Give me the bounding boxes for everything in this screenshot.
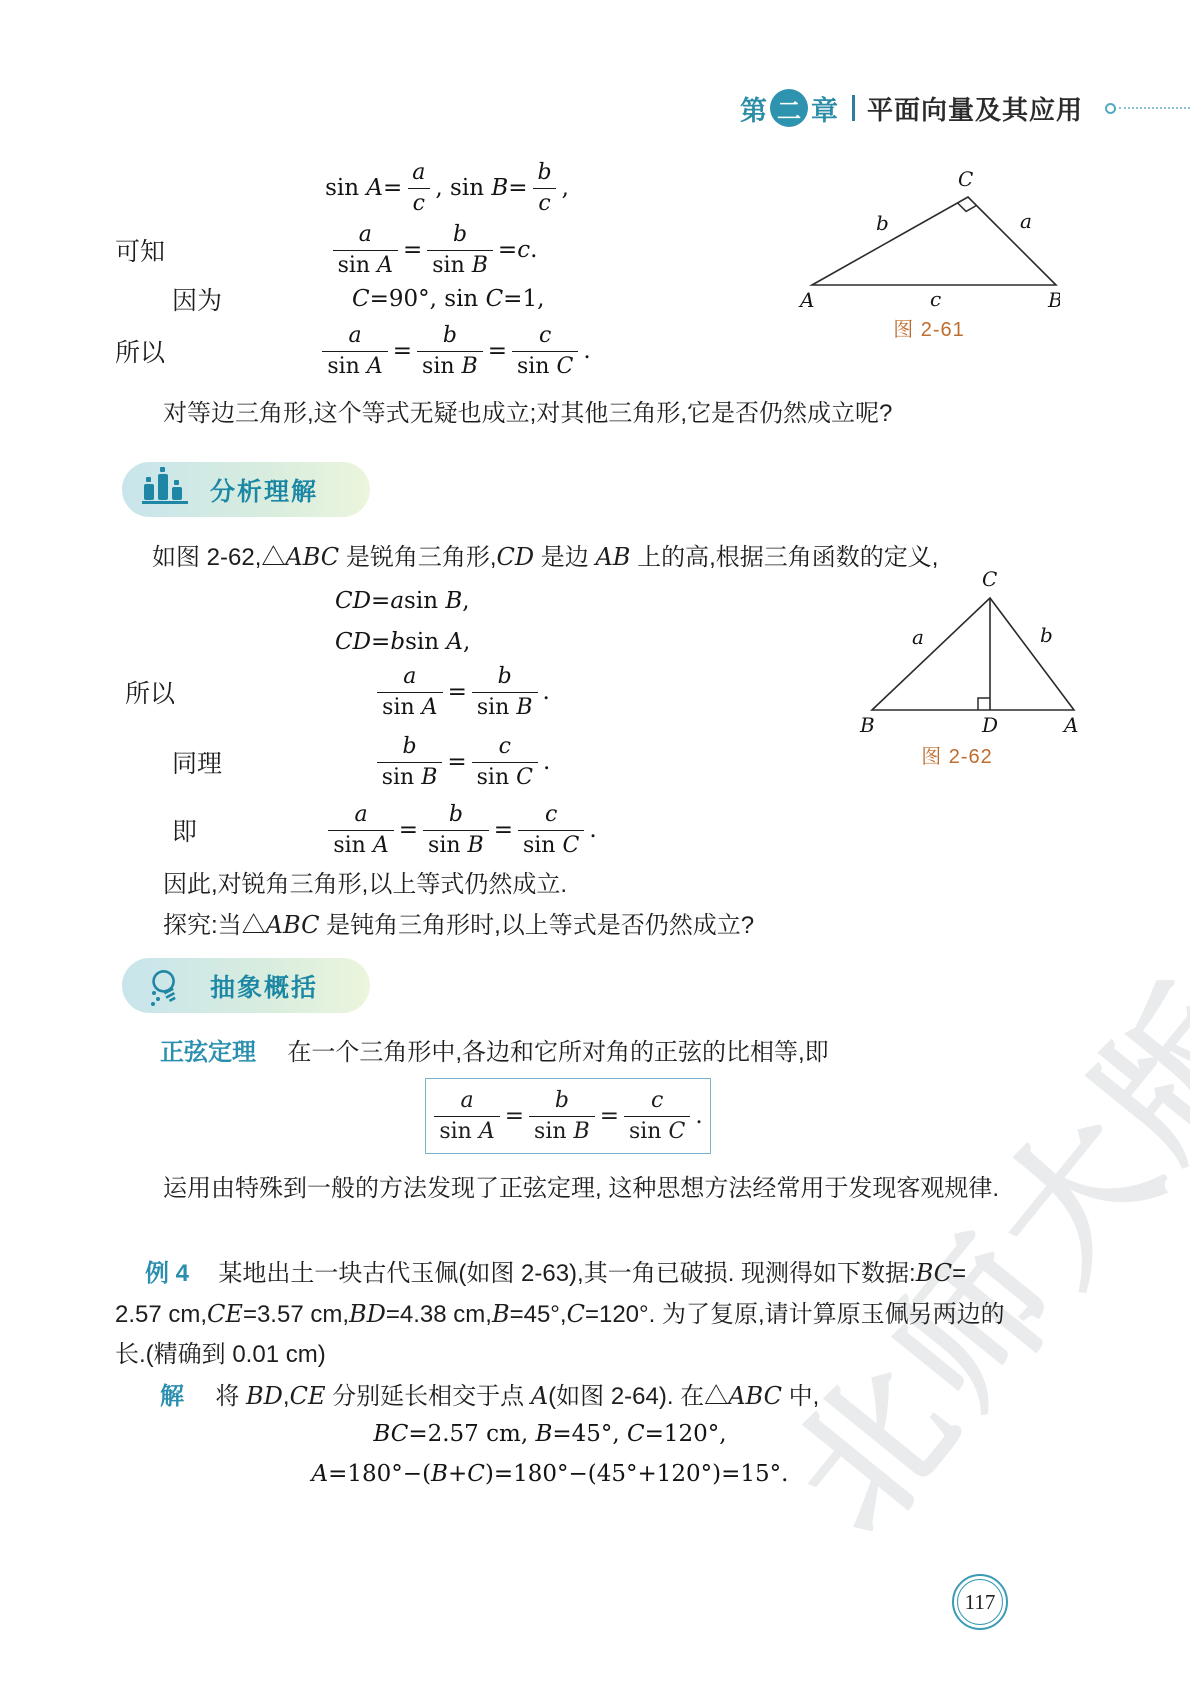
fraction-c-over-sinC: c sin C — [518, 802, 584, 858]
fraction-denominator: sin B — [529, 1116, 595, 1144]
fraction-denominator: sin A — [333, 250, 398, 278]
fraction-numerator: b — [533, 160, 557, 187]
fraction-a-over-sinA: a sin A — [328, 802, 393, 858]
chapter-number-badge: 二 — [770, 89, 808, 127]
equals-sign: = — [494, 817, 513, 843]
math-text: =c. — [498, 237, 537, 263]
fraction-b-over-sinB: b sin B — [427, 222, 493, 278]
equals-sign: = — [393, 338, 412, 364]
period: . — [543, 679, 550, 705]
header-dot-icon — [1105, 103, 1116, 114]
period: . — [583, 338, 590, 364]
fraction-c-over-sinC: c sin C — [472, 734, 538, 790]
triangle-ABC — [872, 598, 1074, 710]
math-text: sin A= — [325, 175, 402, 201]
math-text: , — [562, 175, 569, 201]
page-number-badge: 117 — [952, 1574, 1008, 1630]
vertex-label-C: C — [982, 567, 997, 591]
fraction-c-over-sinC: c sin C — [624, 1088, 690, 1144]
formula-a-b-ratio: a sin A = b sin B . — [368, 662, 558, 722]
section-title: 抽象概括 — [210, 968, 318, 1004]
vertex-label-B: B — [1047, 288, 1060, 310]
chapter-suffix: 章 — [811, 89, 838, 128]
chapter-header: 第 二 章 平面向量及其应用 — [740, 86, 1190, 130]
header-dotted-line — [1119, 107, 1190, 109]
fraction-numerator: a — [354, 222, 377, 249]
formula-sine-rule-chain: a sin A = b sin B = c sin C . — [322, 320, 590, 382]
figure-caption: 图 2-61 — [798, 313, 1060, 342]
section-header-analyze: 分析理解 — [122, 462, 370, 517]
row-label-yinwei: 因为 — [172, 281, 222, 317]
bar-chart-glyph — [142, 470, 194, 504]
math-text: A=180°−(B+C)=180°−(45°+120°)=15°. — [312, 1461, 789, 1487]
fraction-numerator: c — [534, 323, 556, 350]
fraction-numerator: a — [455, 1088, 478, 1115]
formula-angle-A: A=180°−(B+C)=180°−(45°+120°)=15°. — [250, 1456, 850, 1492]
fraction-numerator: a — [398, 664, 421, 691]
paragraph-example4-line1: 例 4 某地出土一块古代玉佩(如图 2-63),其一角已破损. 现测得如下数据:… — [145, 1256, 966, 1292]
chapter-title: 平面向量及其应用 — [867, 90, 1083, 127]
solution-label: 解 — [160, 1383, 184, 1410]
fraction-b-over-sinB: b sin B — [529, 1088, 595, 1144]
page-number: 117 — [957, 1579, 1003, 1625]
formula-ratio-ab-c: a sin A = b sin B =c. — [322, 220, 547, 280]
paragraph-fig2-62-intro: 如图 2-62,△ABC 是锐角三角形,CD 是边 AB 上的高,根据三角函数的… — [152, 540, 938, 576]
row-label-suoyi: 所以 — [125, 674, 175, 710]
paragraph-method: 运用由特殊到一般的方法发现了正弦定理, 这种思想方法经常用于发现客观规律. — [163, 1172, 999, 1207]
period: . — [589, 817, 596, 843]
fraction-denominator: sin C — [624, 1116, 690, 1144]
right-angle-mark — [958, 203, 977, 212]
math-text: BC=2.57 cm, B=45°, C=120°, — [373, 1421, 726, 1447]
fraction-denominator: c — [408, 188, 430, 216]
fraction-numerator: a — [407, 160, 430, 187]
fraction-numerator: b — [397, 734, 421, 761]
example-label: 例 4 — [145, 1260, 189, 1287]
row-label-kezhi: 可知 — [115, 232, 165, 268]
row-label-suoyi: 所以 — [115, 333, 165, 369]
fraction-denominator: sin B — [423, 830, 489, 858]
equals-sign: = — [488, 338, 507, 364]
fraction-numerator: c — [494, 734, 516, 761]
fraction-denominator: sin C — [518, 830, 584, 858]
vertex-label-A: A — [1062, 713, 1078, 737]
theorem-name: 正弦定理 — [160, 1039, 256, 1066]
formula-CD-bsinA: CD=bsin A, — [335, 624, 595, 660]
fraction-c-over-sinC: c sin C — [512, 323, 578, 379]
fraction-numerator: c — [540, 802, 562, 829]
equals-sign: = — [447, 749, 466, 775]
fraction-numerator: b — [550, 1088, 574, 1115]
fraction-numerator: b — [448, 222, 472, 249]
lightbulb-icon — [140, 966, 196, 1006]
fraction-numerator: c — [646, 1088, 668, 1115]
side-label-a: a — [1020, 209, 1032, 233]
fraction-b-over-sinB: b sin B — [377, 734, 443, 790]
formula-row-angleA: A=180°−(B+C)=180°−(45°+120°)=15°. — [0, 1456, 1190, 1492]
triangle-diagram-2-62: C B D A a b — [832, 560, 1082, 738]
sine-theorem-box: a sin A = b sin B = c sin C . — [425, 1078, 711, 1154]
section-header-abstract: 抽象概括 — [122, 958, 370, 1013]
fraction-a-over-sinA: a sin A — [434, 1088, 499, 1144]
header-divider — [852, 95, 855, 121]
row-label-ji: 即 — [172, 812, 197, 848]
fraction-denominator: sin A — [377, 692, 442, 720]
side-label-c: c — [930, 287, 941, 310]
period: . — [543, 749, 550, 775]
figure-2-61: C A B b a c 图 2-61 — [798, 158, 1060, 336]
math-text: CD=bsin A, — [335, 629, 470, 655]
fraction-b-over-c: b c — [533, 160, 557, 216]
math-text: , sin B= — [435, 175, 527, 201]
equals-sign: = — [403, 237, 422, 263]
right-angle-mark — [978, 698, 990, 710]
vertex-label-C: C — [958, 167, 973, 191]
chapter-prefix: 第 — [740, 89, 767, 128]
chapter-number: 二 — [777, 91, 801, 126]
theorem-text: 在一个三角形中,各边和它所对角的正弦的比相等,即 — [287, 1039, 828, 1066]
paragraph-acute-conclusion: 因此,对锐角三角形,以上等式仍然成立. — [163, 868, 567, 903]
equals-sign: = — [600, 1103, 619, 1129]
fraction-denominator: sin B — [377, 762, 443, 790]
math-text: CD=asin B, — [335, 588, 470, 614]
fraction-numerator: b — [444, 802, 468, 829]
paragraph-example4-line3: 长.(精确到 0.01 cm) — [115, 1338, 326, 1373]
vertex-label-A: A — [798, 288, 814, 310]
side-label-b: b — [1040, 623, 1053, 647]
fraction-a-over-sinA: a sin A — [333, 222, 398, 278]
fraction-denominator: sin B — [472, 692, 538, 720]
paragraph-theorem: 正弦定理 在一个三角形中,各边和它所对角的正弦的比相等,即 — [160, 1036, 829, 1071]
fraction-numerator: b — [438, 323, 462, 350]
formula-row-ji: 即 a sin A = b sin B = c sin C . — [0, 799, 1190, 861]
side-label-b: b — [876, 211, 889, 235]
vertex-label-B: B — [859, 713, 875, 737]
fraction-denominator: sin C — [512, 351, 578, 379]
equals-sign: = — [448, 679, 467, 705]
fraction-b-over-sinB: b sin B — [423, 802, 489, 858]
row-label-tongli: 同理 — [172, 744, 222, 780]
vertex-label-D: D — [981, 713, 998, 737]
triangle-diagram-2-61: C A B b a c — [798, 158, 1060, 310]
fraction-denominator: sin A — [322, 351, 387, 379]
equals-sign: = — [399, 817, 418, 843]
section-title: 分析理解 — [210, 472, 318, 508]
fraction-denominator: sin A — [328, 830, 393, 858]
textbook-page: 北师大版 第 二 章 平面向量及其应用 sin A= a c , sin B= … — [0, 0, 1190, 1684]
equals-sign: = — [505, 1103, 524, 1129]
bar-chart-icon — [140, 470, 196, 510]
example-text: 某地出土一块古代玉佩(如图 2-63),其一角已破损. 现测得如下数据:BC= — [218, 1260, 966, 1287]
formula-sinA-sinB: sin A= a c , sin B= b c , — [322, 158, 572, 218]
formula-row-given: BC=2.57 cm, B=45°, C=120°, — [0, 1416, 1190, 1452]
figure-caption: 图 2-62 — [832, 740, 1082, 769]
paragraph-example4-line2: 2.57 cm,CE=3.57 cm,BD=4.38 cm,B=45°,C=12… — [115, 1297, 1005, 1333]
formula-b-c-ratio: b sin B = c sin C . — [368, 732, 558, 792]
formula-CD-asinB: CD=asin B, — [335, 583, 595, 619]
fraction-a-over-sinA: a sin A — [322, 323, 387, 379]
formula-given-values: BC=2.57 cm, B=45°, C=120°, — [300, 1416, 800, 1452]
paragraph-solution: 解 将 BD,CE 分别延长相交于点 A(如图 2-64). 在△ABC 中, — [160, 1379, 819, 1415]
fraction-denominator: sin B — [417, 351, 483, 379]
formula-sine-rule-chain: a sin A = b sin B = c sin C . — [328, 799, 596, 861]
paragraph-explore: 探究:当△ABC 是钝角三角形时,以上等式是否仍然成立? — [163, 908, 754, 944]
lightbulb-glyph — [140, 966, 192, 1010]
fraction-numerator: b — [493, 664, 517, 691]
figure-2-62: C B D A a b 图 2-62 — [832, 560, 1082, 770]
fraction-b-over-sinB: b sin B — [472, 664, 538, 720]
fraction-denominator: sin A — [434, 1116, 499, 1144]
fraction-numerator: a — [349, 802, 372, 829]
fraction-denominator: c — [533, 188, 555, 216]
fraction-denominator: sin B — [427, 250, 493, 278]
fraction-a-over-c: a c — [407, 160, 430, 216]
fraction-b-over-sinB: b sin B — [417, 323, 483, 379]
math-text: C=90°, sin C=1, — [352, 286, 544, 312]
paragraph-equilateral: 对等边三角形,这个等式无疑也成立;对其他三角形,它是否仍然成立呢? — [163, 397, 892, 432]
solution-text: 将 BD,CE 分别延长相交于点 A(如图 2-64). 在△ABC 中, — [215, 1383, 819, 1410]
period: . — [695, 1103, 702, 1129]
fraction-denominator: sin C — [472, 762, 538, 790]
fraction-a-over-sinA: a sin A — [377, 664, 442, 720]
fraction-numerator: a — [343, 323, 366, 350]
side-label-a: a — [912, 625, 924, 649]
formula-C-90: C=90°, sin C=1, — [352, 281, 612, 317]
